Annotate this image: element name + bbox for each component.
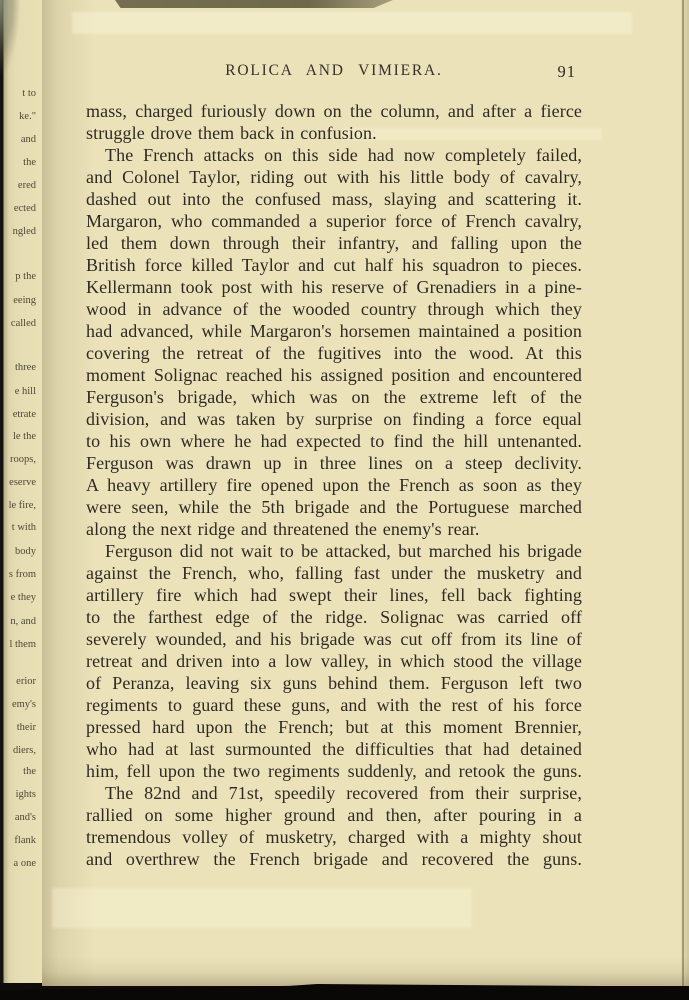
gutter-text-fragment: ke." xyxy=(19,111,36,122)
text-line: The 82nd and 71st, speedily recovered fr… xyxy=(86,782,582,804)
gutter-text-fragment: three xyxy=(15,362,36,373)
gutter-text-fragment: eserve xyxy=(9,477,36,488)
text-line: mass, charged furiously down on the colu… xyxy=(86,100,582,122)
gutter-text-fragment: the xyxy=(23,766,36,777)
book-scan: t toke."andtheeredectedngledp theeeingca… xyxy=(0,0,689,1000)
paragraph: mass, charged furiously down on the colu… xyxy=(86,100,582,144)
text-line: retreat and driven into a low valley, in… xyxy=(86,650,582,672)
gutter-text-fragment: le fire, xyxy=(9,500,36,511)
text-line: Ferguson did not wait to be attacked, bu… xyxy=(86,540,582,562)
text-line: who had at last surmounted the difficult… xyxy=(86,738,582,760)
bottom-scan-shadow xyxy=(0,984,689,1000)
gutter-text-fragment: p the xyxy=(15,271,36,282)
gutter-text-fragment: the xyxy=(23,157,36,168)
gutter-text-fragment: and's xyxy=(15,812,36,823)
text-line: Margaron, who commanded a superior force… xyxy=(86,210,582,232)
gutter-text-fragment: flank xyxy=(14,835,36,846)
text-line: British force killed Taylor and cut half… xyxy=(86,254,582,276)
text-line: to the farthest edge of the ridge. Solig… xyxy=(86,606,582,628)
text-line: and Colonel Taylor, riding out with his … xyxy=(86,166,582,188)
text-line: of Peranza, leaving six guns behind them… xyxy=(86,672,582,694)
gutter-text-fragment: e they xyxy=(11,592,36,603)
gutter-text-fragment: and xyxy=(21,134,36,145)
text-line: to his own where he had expected to find… xyxy=(86,430,582,452)
text-line: The French attacks on this side had now … xyxy=(86,144,582,166)
text-line: rallied on some higher ground and then, … xyxy=(86,804,582,826)
gutter-text-fragment: diers, xyxy=(13,745,36,756)
text-line: dashed out into the confused mass, slayi… xyxy=(86,188,582,210)
page-header: ROLICA AND VIMIERA. 91 xyxy=(86,62,582,86)
text-line: artillery fire which had swept their lin… xyxy=(86,584,582,606)
text-line: led them down through their infantry, an… xyxy=(86,232,582,254)
running-title: ROLICA AND VIMIERA. xyxy=(86,62,582,80)
text-line: were seen, while the 5th brigade and the… xyxy=(86,496,582,518)
page-number: 91 xyxy=(558,62,577,82)
gutter-text-fragment: a one xyxy=(14,858,36,869)
gutter-text-fragment: eeing xyxy=(13,295,36,306)
paragraph: The French attacks on this side had now … xyxy=(86,144,582,540)
text-line: wood in advance of the wooded country th… xyxy=(86,298,582,320)
gutter-text-fragment: called xyxy=(11,318,36,329)
text-block: ROLICA AND VIMIERA. 91 mass, charged fur… xyxy=(86,62,582,870)
gutter-text-fragment: s from xyxy=(9,569,36,580)
gutter-text-fragment: ered xyxy=(18,180,36,191)
gutter-text-fragment: erior xyxy=(16,676,36,687)
book-page: ROLICA AND VIMIERA. 91 mass, charged fur… xyxy=(42,0,689,986)
text-line: Ferguson's brigade, which was on the ext… xyxy=(86,386,582,408)
text-line: tremendous volley of musketry, charged w… xyxy=(86,826,582,848)
gutter-text-fragment: body xyxy=(15,546,36,557)
gutter-text-fragment: e hill xyxy=(15,386,36,397)
text-line: severely wounded, and his brigade was cu… xyxy=(86,628,582,650)
facing-page-edge: t toke."andtheeredectedngledp theeeingca… xyxy=(0,0,42,983)
text-line: him, fell upon the two regiments suddenl… xyxy=(86,760,582,782)
text-line: division, and was taken by surprise on f… xyxy=(86,408,582,430)
text-line: moment Solignac reached his assigned pos… xyxy=(86,364,582,386)
gutter-text-fragment: ngled xyxy=(13,226,36,237)
text-line: Ferguson was drawn up in three lines on … xyxy=(86,452,582,474)
top-scan-shadow xyxy=(115,0,393,8)
body-text: mass, charged furiously down on the colu… xyxy=(86,100,582,870)
text-line: struggle drove them back in confusion. xyxy=(86,122,582,144)
scan-light-streak xyxy=(52,888,472,928)
paragraph: The 82nd and 71st, speedily recovered fr… xyxy=(86,782,582,870)
gutter-text-fragment: ected xyxy=(14,203,36,214)
gutter-text-fragment: roops, xyxy=(10,454,36,465)
gutter-text-fragment: t to xyxy=(22,88,36,99)
gutter-text-fragment: their xyxy=(17,722,36,733)
text-line: along the next ridge and threatened the … xyxy=(86,518,582,540)
paragraph: Ferguson did not wait to be attacked, bu… xyxy=(86,540,582,782)
text-line: had advanced, while Margaron's horsemen … xyxy=(86,320,582,342)
text-line: and overthrew the French brigade and rec… xyxy=(86,848,582,870)
gutter-text-fragment: etrate xyxy=(13,409,36,420)
text-line: covering the retreat of the fugitives in… xyxy=(86,342,582,364)
text-line: regiments to guard these guns, and with … xyxy=(86,694,582,716)
gutter-text-fragment: le the xyxy=(13,431,36,442)
text-line: A heavy artillery fire opened upon the F… xyxy=(86,474,582,496)
text-line: pressed hard upon the French; but at thi… xyxy=(86,716,582,738)
gutter-text-fragment: t with xyxy=(12,522,36,533)
gutter-text-fragment: ights xyxy=(16,789,36,800)
gutter-text-fragment: emy's xyxy=(12,699,36,710)
text-line: Kellermann took post with his reserve of… xyxy=(86,276,582,298)
gutter-text-fragment: l them xyxy=(9,639,36,650)
gutter-text-fragment: n, and xyxy=(10,616,36,627)
scan-light-streak xyxy=(72,12,632,34)
text-line: against the French, who, falling fast un… xyxy=(86,562,582,584)
